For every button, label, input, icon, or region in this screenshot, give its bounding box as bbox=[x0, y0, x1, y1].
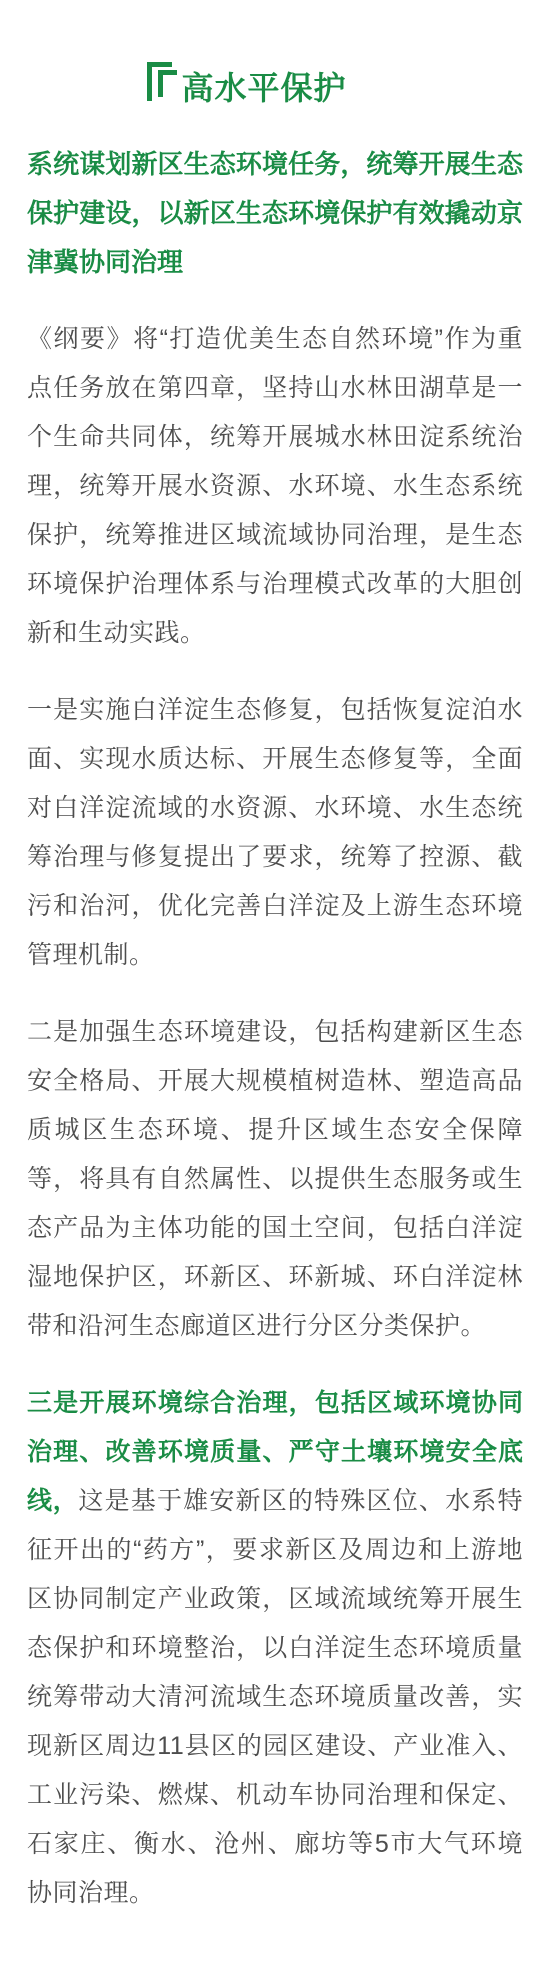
section-title: 高水平保护 bbox=[0, 58, 495, 106]
article-page: 高水平保护 系统谋划新区生态环境任务，统筹开展生态保护建设，以新区生态环境保护有… bbox=[0, 0, 550, 1986]
corner-bracket-icon bbox=[147, 58, 181, 102]
paragraph-body-overview: 《纲要》将“打造优美生态自然环境”作为重点任务放在第四章，坚持山水林田湖草是一个… bbox=[27, 315, 523, 658]
section-title-text: 高水平保护 bbox=[181, 66, 346, 110]
paragraph-body-point-three: 三是开展环境综合治理，包括区域环境协同治理、改善环境质量、严守土壤环境安全底线，… bbox=[27, 1379, 523, 1918]
paragraph-body-point-two: 二是加强生态环境建设，包括构建新区生态安全格局、开展大规模植树造林、塑造高品质城… bbox=[27, 1008, 523, 1351]
paragraph-rest-text: 这是基于雄安新区的特殊区位、水系特征开出的“药方”，要求新区及周边和上游地区协同… bbox=[27, 1487, 523, 1907]
paragraph-body-point-one: 一是实施白洋淀生态修复，包括恢复淀泊水面、实现水质达标、开展生态修复等，全面对白… bbox=[27, 686, 523, 980]
paragraph-lead: 系统谋划新区生态环境任务，统筹开展生态保护建设，以新区生态环境保护有效撬动京津冀… bbox=[27, 140, 523, 287]
